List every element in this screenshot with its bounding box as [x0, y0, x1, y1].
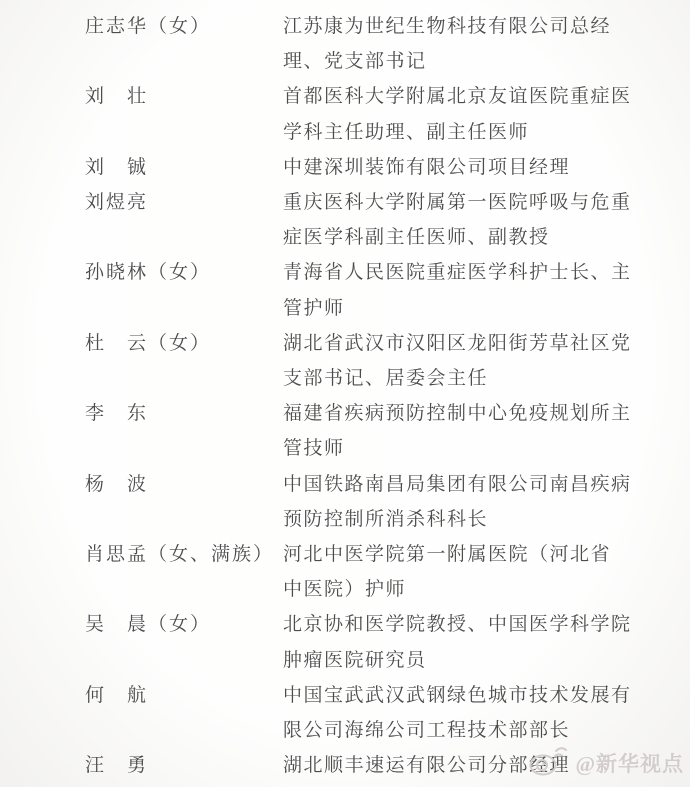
person-title-line: 预防控制所消杀科科长: [283, 502, 673, 537]
person-title-line: 理、党支部书记: [283, 44, 673, 79]
person-title: 福建省疾病预防控制中心免疫规划所主管技师: [283, 396, 673, 466]
person-name: 刘 铖: [85, 150, 283, 185]
person-title: 江苏康为世纪生物科技有限公司总经理、党支部书记: [283, 9, 673, 79]
list-item: 李 东 福建省疾病预防控制中心免疫规划所主管技师: [0, 396, 690, 466]
person-name: 汪 勇: [85, 748, 283, 783]
person-title-line: 湖北省武汉市汉阳区龙阳街芳草社区党: [283, 326, 673, 361]
list-item: 肖思孟（女、满族） 河北中医学院第一附属医院（河北省中医院）护师: [0, 537, 690, 607]
person-title-line: 河北中医学院第一附属医院（河北省: [283, 537, 673, 572]
person-name: 杨 波: [85, 467, 283, 502]
person-title: 中国宝武武汉武钢绿色城市技术发展有限公司海绵公司工程技术部部长: [283, 678, 673, 748]
person-title: 青海省人民医院重症医学科护士长、主管护师: [283, 255, 673, 325]
person-title-line: 中医院）护师: [283, 572, 673, 607]
person-name: 李 东: [85, 396, 283, 431]
person-name: 孙晓林（女）: [85, 255, 283, 290]
person-title: 首都医科大学附属北京友谊医院重症医学科主任助理、副主任医师: [283, 79, 673, 149]
person-title-line: 支部书记、居委会主任: [283, 361, 673, 396]
list-item: 孙晓林（女） 青海省人民医院重症医学科护士长、主管护师: [0, 255, 690, 325]
list-item: 刘 铖 中建深圳装饰有限公司项目经理: [0, 150, 690, 185]
person-title-line: 中国铁路南昌局集团有限公司南昌疾病: [283, 467, 673, 502]
person-name: 刘煜亮: [85, 185, 283, 220]
person-title-line: 江苏康为世纪生物科技有限公司总经: [283, 9, 673, 44]
person-title-line: 管护师: [283, 291, 673, 326]
list-item: 庄志华（女） 江苏康为世纪生物科技有限公司总经理、党支部书记: [0, 9, 690, 79]
list-item: 刘煜亮 重庆医科大学附属第一医院呼吸与危重症医学科副主任医师、副教授: [0, 185, 690, 255]
document-page: 庄志华（女） 江苏康为世纪生物科技有限公司总经理、党支部书记 刘 壮 首都医科大…: [0, 0, 690, 787]
person-name: 刘 壮: [85, 79, 283, 114]
person-title-line: 中国宝武武汉武钢绿色城市技术发展有: [283, 678, 673, 713]
person-title-line: 青海省人民医院重症医学科护士长、主: [283, 255, 673, 290]
person-name: 杜 云（女）: [85, 326, 283, 361]
person-title: 中建深圳装饰有限公司项目经理: [283, 150, 673, 185]
person-title-line: 首都医科大学附属北京友谊医院重症医: [283, 79, 673, 114]
list-item: 杜 云（女） 湖北省武汉市汉阳区龙阳街芳草社区党支部书记、居委会主任: [0, 326, 690, 396]
person-name: 吴 晨（女）: [85, 607, 283, 642]
person-title-line: 湖北顺丰速运有限公司分部经理: [283, 748, 673, 783]
person-title-line: 肿瘤医院研究员: [283, 643, 673, 678]
person-title-line: 管技师: [283, 431, 673, 466]
person-title: 湖北顺丰速运有限公司分部经理: [283, 748, 673, 783]
list-item: 刘 壮 首都医科大学附属北京友谊医院重症医学科主任助理、副主任医师: [0, 79, 690, 149]
person-title: 湖北省武汉市汉阳区龙阳街芳草社区党支部书记、居委会主任: [283, 326, 673, 396]
list-item: 杨 波 中国铁路南昌局集团有限公司南昌疾病预防控制所消杀科科长: [0, 467, 690, 537]
person-title-line: 限公司海绵公司工程技术部部长: [283, 713, 673, 748]
person-title-line: 中建深圳装饰有限公司项目经理: [283, 150, 673, 185]
person-title: 中国铁路南昌局集团有限公司南昌疾病预防控制所消杀科科长: [283, 467, 673, 537]
person-title-line: 学科主任助理、副主任医师: [283, 115, 673, 150]
person-title-line: 重庆医科大学附属第一医院呼吸与危重: [283, 185, 673, 220]
person-title: 重庆医科大学附属第一医院呼吸与危重症医学科副主任医师、副教授: [283, 185, 673, 255]
list-item: 吴 晨（女） 北京协和医学院教授、中国医学科学院肿瘤医院研究员: [0, 607, 690, 677]
person-title: 河北中医学院第一附属医院（河北省中医院）护师: [283, 537, 673, 607]
list-item: 汪 勇 湖北顺丰速运有限公司分部经理: [0, 748, 690, 783]
person-name: 肖思孟（女、满族）: [85, 537, 283, 572]
person-title: 北京协和医学院教授、中国医学科学院肿瘤医院研究员: [283, 607, 673, 677]
person-name: 庄志华（女）: [85, 9, 283, 44]
person-title-line: 症医学科副主任医师、副教授: [283, 220, 673, 255]
person-name: 何 航: [85, 678, 283, 713]
person-title-line: 福建省疾病预防控制中心免疫规划所主: [283, 396, 673, 431]
person-title-line: 北京协和医学院教授、中国医学科学院: [283, 607, 673, 642]
list-item: 何 航 中国宝武武汉武钢绿色城市技术发展有限公司海绵公司工程技术部部长: [0, 678, 690, 748]
honor-list: 庄志华（女） 江苏康为世纪生物科技有限公司总经理、党支部书记 刘 壮 首都医科大…: [0, 9, 690, 783]
